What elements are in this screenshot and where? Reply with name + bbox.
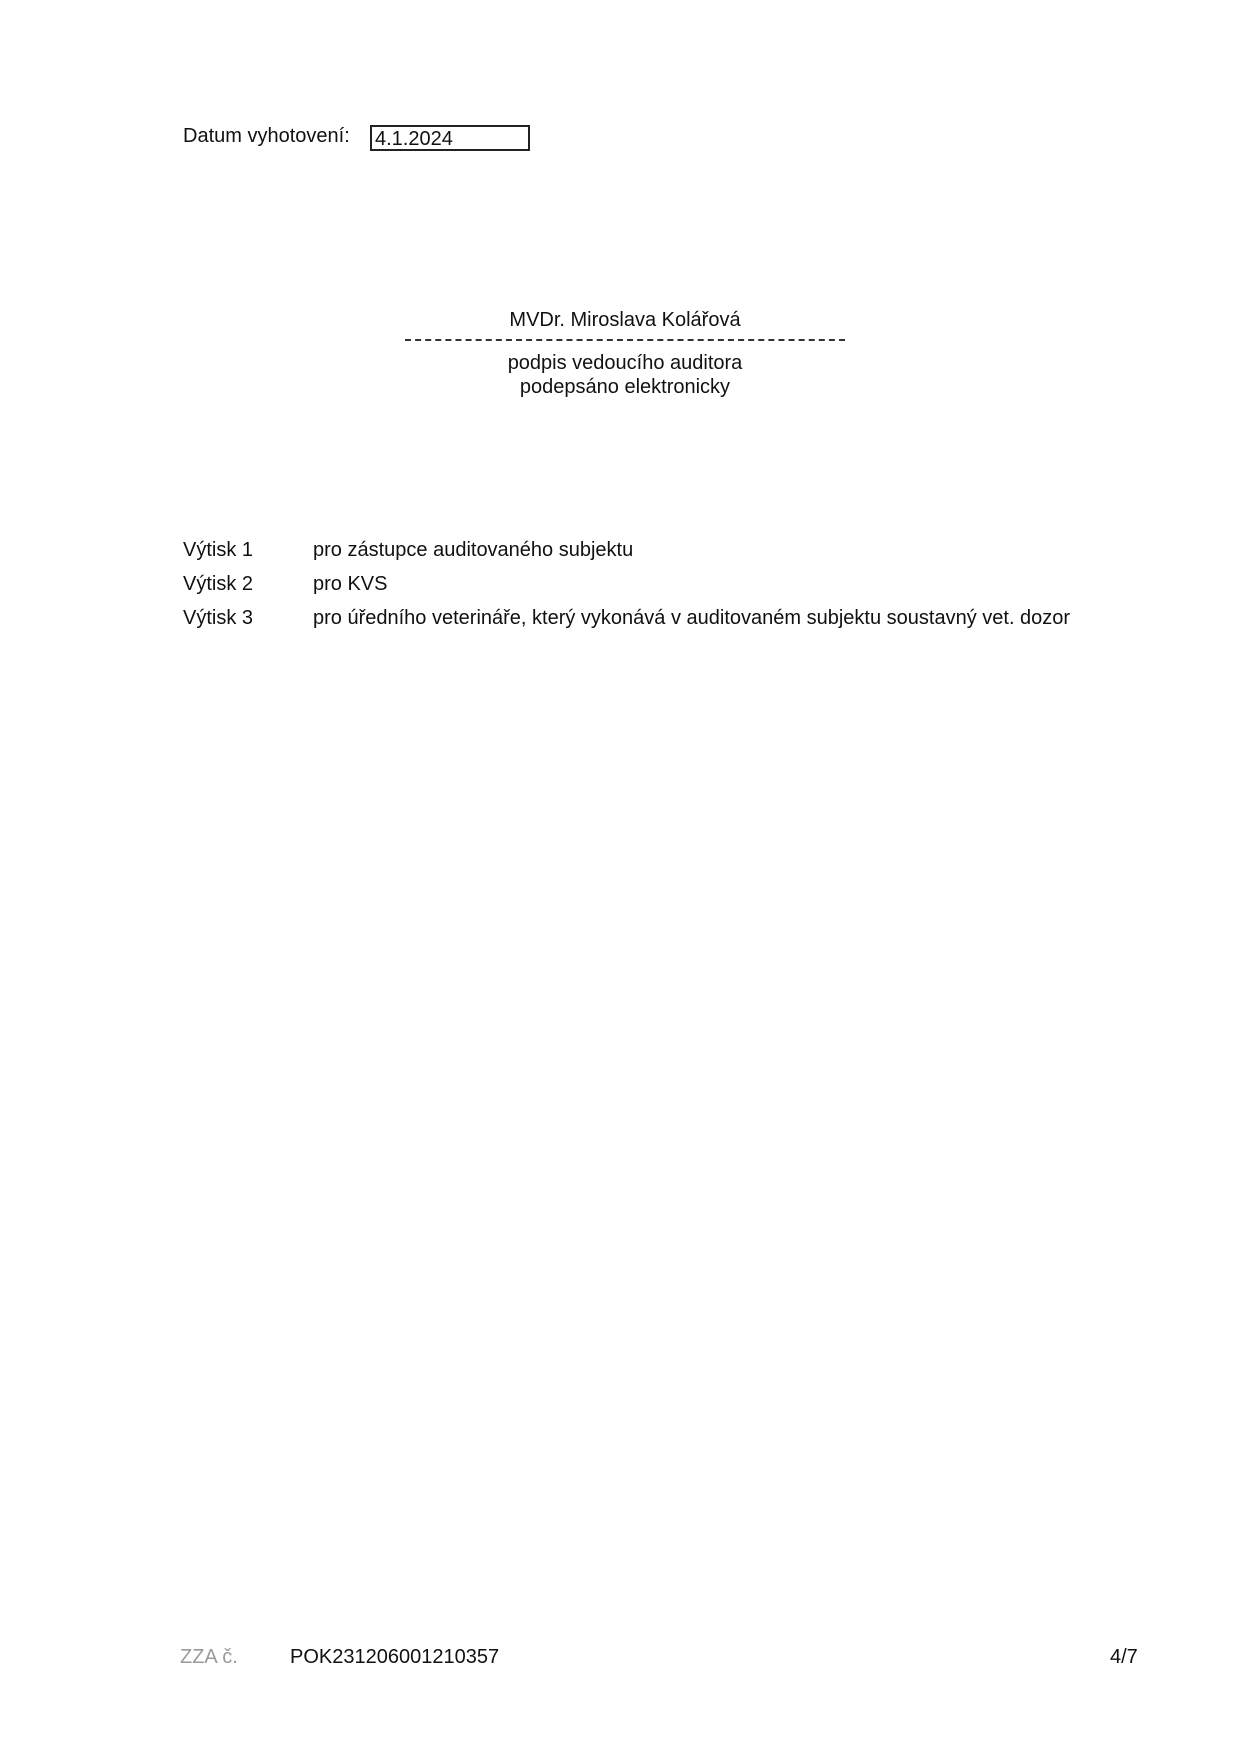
date-value: 4.1.2024 [375, 128, 453, 150]
date-label: Datum vyhotovení: [183, 124, 350, 148]
copy-description: pro úředního veterináře, který vykonává … [313, 606, 1070, 640]
copy-label: Výtisk 3 [183, 606, 313, 640]
signature-electronic-note: podepsáno elektronicky [405, 375, 845, 399]
signer-name: MVDr. Miroslava Kolářová [405, 308, 845, 332]
copy-description: pro zástupce auditovaného subjektu [313, 538, 633, 572]
copy-description: pro KVS [313, 572, 387, 606]
copy-label: Výtisk 2 [183, 572, 313, 606]
footer-document-number: POK231206001210357 [290, 1645, 499, 1669]
copies-list: Výtisk 1 pro zástupce auditovaného subje… [183, 538, 1070, 640]
signature-line [405, 339, 845, 341]
page-indicator: 4/7 [1110, 1645, 1138, 1669]
signature-caption: podpis vedoucího auditora [405, 351, 845, 375]
copy-row: Výtisk 2 pro KVS [183, 572, 1070, 606]
copy-row: Výtisk 3 pro úředního veterináře, který … [183, 606, 1070, 640]
copy-row: Výtisk 1 pro zástupce auditovaného subje… [183, 538, 1070, 572]
copy-label: Výtisk 1 [183, 538, 313, 572]
signature-block: MVDr. Miroslava Kolářová podpis vedoucíh… [405, 308, 845, 399]
date-field: 4.1.2024 [370, 125, 530, 151]
footer-prefix: ZZA č. [180, 1645, 238, 1669]
